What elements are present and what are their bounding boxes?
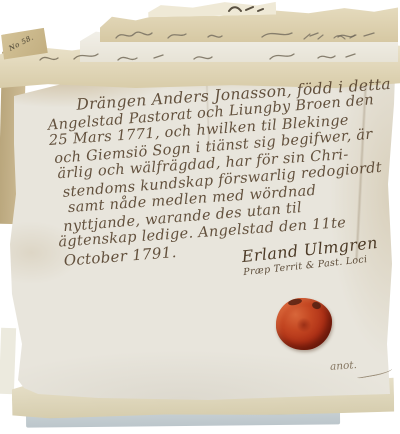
seal-texture-spot — [311, 301, 322, 311]
ink-scribble-top-mark — [226, 3, 266, 15]
margin-note-text: anot. — [330, 359, 358, 373]
document-photo: No 58. Drängen Anders Jonasson, född i d… — [0, 0, 400, 434]
seal-texture-spot — [296, 318, 312, 332]
ink-scribble-right-mark — [300, 30, 360, 42]
left-paper-sliver — [0, 328, 16, 394]
margin-note: anot. — [330, 359, 358, 373]
ink-scribble-row2 — [34, 48, 374, 66]
